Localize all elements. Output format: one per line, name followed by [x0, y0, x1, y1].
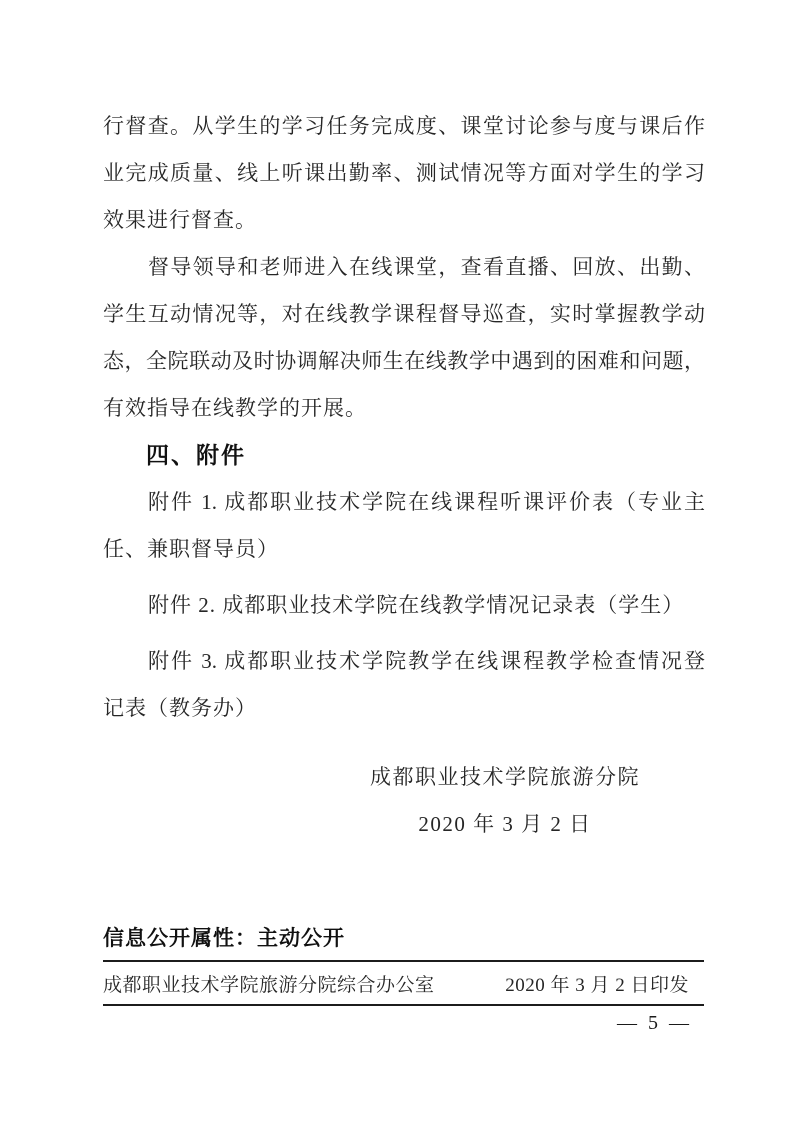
paragraph-line: 附件 1. 成都职业技术学院在线课程听课评价表（专业主 — [103, 479, 705, 526]
paragraph-line: 业完成质量、线上听课出勤率、测试情况等方面对学生的学习 — [103, 150, 705, 197]
signature-block: 成都职业技术学院旅游分院 2020 年 3 月 2 日 — [370, 754, 640, 848]
page-number: — 5 — — [103, 1006, 704, 1040]
paragraph-line: 任、兼职督导员） — [103, 526, 705, 573]
paragraph-supervision-inspection: 督导领导和老师进入在线课堂，查看直播、回放、出勤、 学生互动情况等，对在线教学课… — [103, 244, 705, 432]
print-date-label: 2020 年 3 月 2 日印发 — [505, 970, 689, 997]
signature-date: 2020 年 3 月 2 日 — [418, 801, 591, 848]
paragraph-line: 记表（教务办） — [103, 685, 705, 732]
paragraph-line: 学生互动情况等，对在线教学课程督导巡查，实时掌握教学动 — [103, 291, 705, 338]
attachment-item-1: 附件 1. 成都职业技术学院在线课程听课评价表（专业主 任、兼职督导员） — [103, 479, 705, 573]
footer-imprint-row: 成都职业技术学院旅游分院综合办公室 2020 年 3 月 2 日印发 — [103, 962, 704, 1004]
document-page: { "document": { "paragraph1": { "lines":… — [0, 0, 793, 1122]
paragraph-line: 行督查。从学生的学习任务完成度、课堂讨论参与度与课后作 — [103, 103, 705, 150]
paragraph-line: 附件 2. 成都职业技术学院在线教学情况记录表（学生） — [103, 582, 705, 629]
document-footer: 信息公开属性：主动公开 成都职业技术学院旅游分院综合办公室 2020 年 3 月… — [103, 926, 704, 1040]
paragraph-line: 附件 3. 成都职业技术学院教学在线课程教学检查情况登 — [103, 638, 705, 685]
document-body: 行督查。从学生的学习任务完成度、课堂讨论参与度与课后作 业完成质量、线上听课出勤… — [103, 103, 705, 848]
attachment-item-3: 附件 3. 成都职业技术学院教学在线课程教学检查情况登 记表（教务办） — [103, 638, 705, 732]
paragraph-line: 效果进行督查。 — [103, 197, 705, 244]
paragraph-line: 态，全院联动及时协调解决师生在线教学中遇到的困难和问题， — [103, 338, 705, 385]
paragraph-line: 有效指导在线教学的开展。 — [103, 385, 705, 432]
issuing-office-label: 成都职业技术学院旅游分院综合办公室 — [103, 970, 435, 997]
section-heading-attachments: 四、附件 — [103, 432, 705, 479]
attachment-item-2: 附件 2. 成都职业技术学院在线教学情况记录表（学生） — [103, 582, 705, 629]
signature-organization: 成都职业技术学院旅游分院 — [370, 754, 640, 801]
paragraph-line: 督导领导和老师进入在线课堂，查看直播、回放、出勤、 — [103, 244, 705, 291]
paragraph-supervision-students: 行督查。从学生的学习任务完成度、课堂讨论参与度与课后作 业完成质量、线上听课出勤… — [103, 103, 705, 244]
disclosure-attribute-label: 信息公开属性：主动公开 — [103, 926, 704, 960]
